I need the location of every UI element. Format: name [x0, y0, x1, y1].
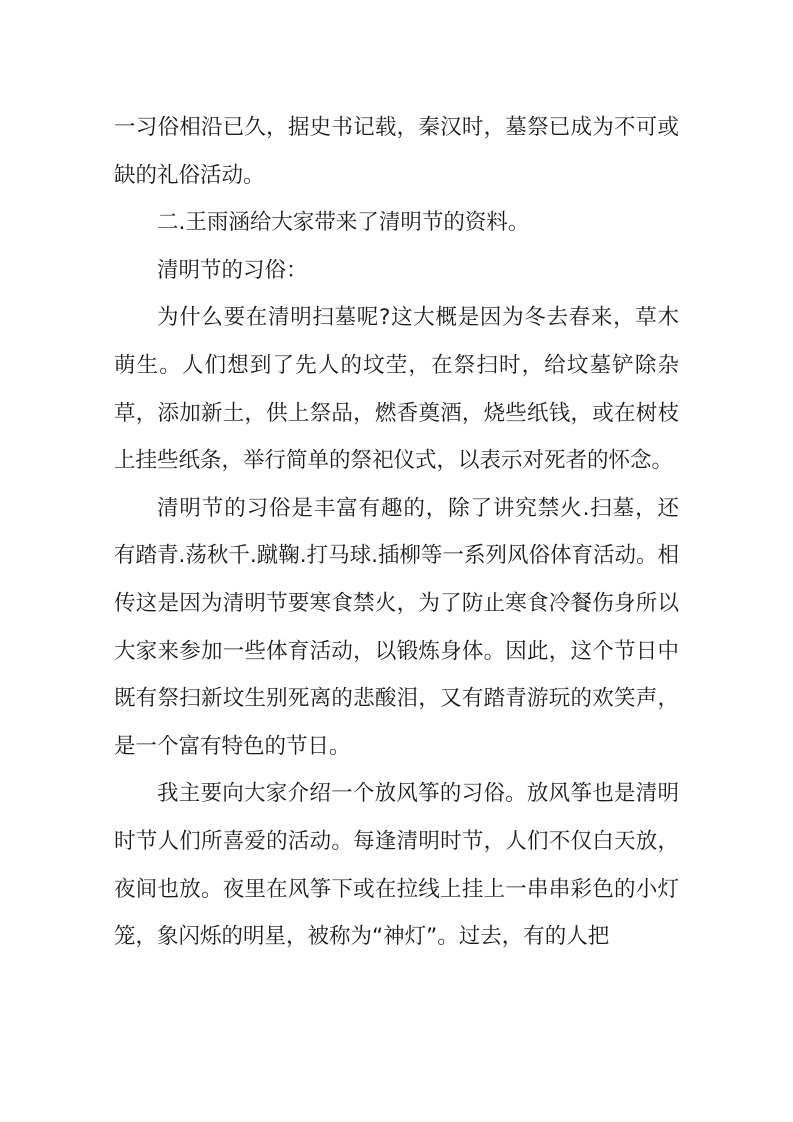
paragraph-4: 为什么要在清明扫墓呢?这大概是因为冬去春来，草木萌生。人们想到了先人的坟茔，在祭… [114, 294, 679, 484]
paragraph-5: 清明节的习俗是丰富有趣的，除了讲究禁火.扫墓，还有踏青.荡秋千.蹴鞠.打马球.插… [114, 485, 679, 771]
document-page: 一习俗相沿已久，据史书记载，秦汉时，墓祭已成为不可或缺的礼俗活动。 二.王雨涵给… [0, 0, 793, 1122]
paragraph-3: 清明节的习俗： [114, 247, 679, 295]
paragraph-1: 一习俗相沿已久，据史书记载，秦汉时，墓祭已成为不可或缺的礼俗活动。 [114, 104, 679, 199]
paragraph-6: 我主要向大家介绍一个放风筝的习俗。放风筝也是清明时节人们所喜爱的活动。每逢清明时… [114, 770, 679, 960]
paragraph-2: 二.王雨涵给大家带来了清明节的资料。 [114, 199, 679, 247]
